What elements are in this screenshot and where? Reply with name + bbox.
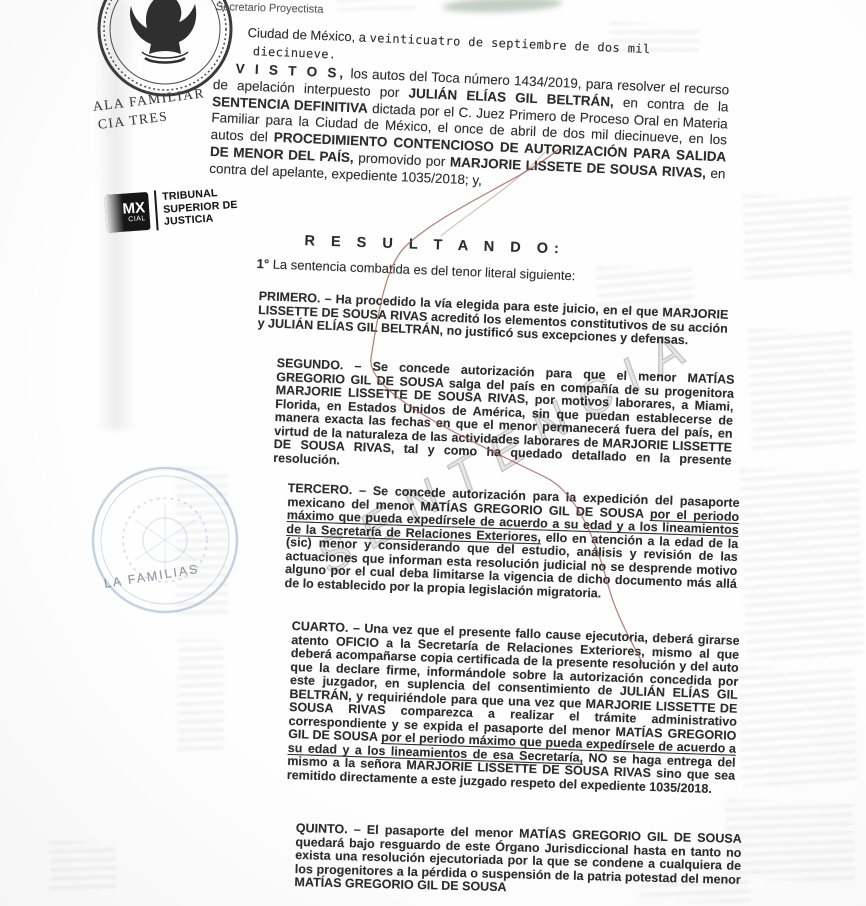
intro-line: 1° La sentencia combatida es del tenor l… xyxy=(256,256,736,289)
bleed-through-smudge xyxy=(740,466,865,660)
cdmx-logo-subtext: CIAL xyxy=(128,215,146,224)
court-letterhead: MX CIAL TRIBUNAL SUPERIOR DE JUSTICIA xyxy=(104,185,239,234)
bleed-through-smudge xyxy=(178,640,224,750)
bleed-through-smudge xyxy=(742,192,853,282)
resolutivo-cuarto: CUARTO. – Una vez que el presente fallo … xyxy=(287,620,740,797)
bleed-through-smudge xyxy=(738,664,858,786)
cdmx-judicial-logo: MX CIAL xyxy=(104,192,151,233)
logo-divider xyxy=(154,190,159,230)
logo-fade xyxy=(104,194,125,233)
scanned-court-document: ALA FAMILIAR CIA TRES MX CIAL TRIBUNAL S… xyxy=(0,0,866,906)
court-name: TRIBUNAL SUPERIOR DE JUSTICIA xyxy=(162,186,239,229)
vistos-paragraph: V I S T O S, los autos del Toca número 1… xyxy=(209,60,730,200)
bleed-through-smudge xyxy=(336,0,416,10)
cdmx-logo-text: MX xyxy=(122,200,145,217)
bleed-through-smudge xyxy=(726,800,854,880)
ink-smudge xyxy=(442,0,562,14)
resolutivo-quinto: QUINTO. – El pasaporte del menor MATÍAS … xyxy=(294,822,742,900)
bleed-through-smudge xyxy=(50,842,116,890)
resultando-heading: R E S U L T A N D O: xyxy=(234,231,634,260)
court-round-stamp-icon xyxy=(85,460,245,620)
bleed-through-smudge xyxy=(748,326,856,450)
